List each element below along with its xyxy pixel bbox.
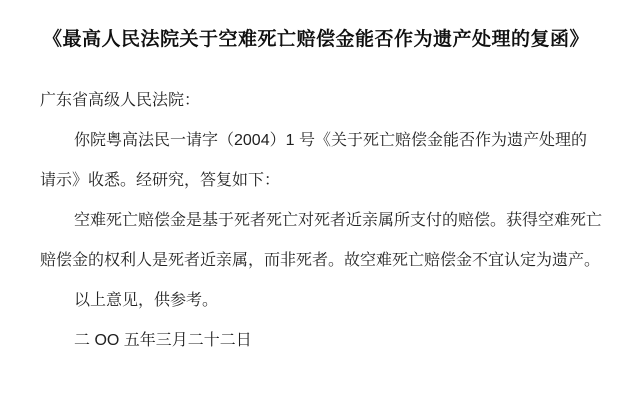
document-page: 《最高人民法院关于空难死亡赔偿金能否作为遗产处理的复函》 广东省高级人民法院： … <box>0 0 640 394</box>
document-title: 《最高人民法院关于空难死亡赔偿金能否作为遗产处理的复函》 <box>32 26 600 54</box>
document-body: 广东省高级人民法院： 你院粤高法民一请字（2004）1 号《关于死亡赔偿金能否作… <box>40 81 592 361</box>
closing-line: 以上意见，供参考。 <box>40 281 592 321</box>
body-line-3: 空难死亡赔偿金是基于死者死亡对死者近亲属所支付的赔偿。获得空难死亡 <box>40 201 592 241</box>
body-line-4: 赔偿金的权利人是死者近亲属，而非死者。故空难死亡赔偿金不宜认定为遗产。 <box>40 241 592 281</box>
body-line-1: 你院粤高法民一请字（2004）1 号《关于死亡赔偿金能否作为遗产处理的 <box>40 121 592 161</box>
salutation-line: 广东省高级人民法院： <box>40 81 592 121</box>
date-line: 二 OO 五年三月二十二日 <box>40 321 592 361</box>
body-line-2: 请示》收悉。经研究，答复如下： <box>40 161 592 201</box>
